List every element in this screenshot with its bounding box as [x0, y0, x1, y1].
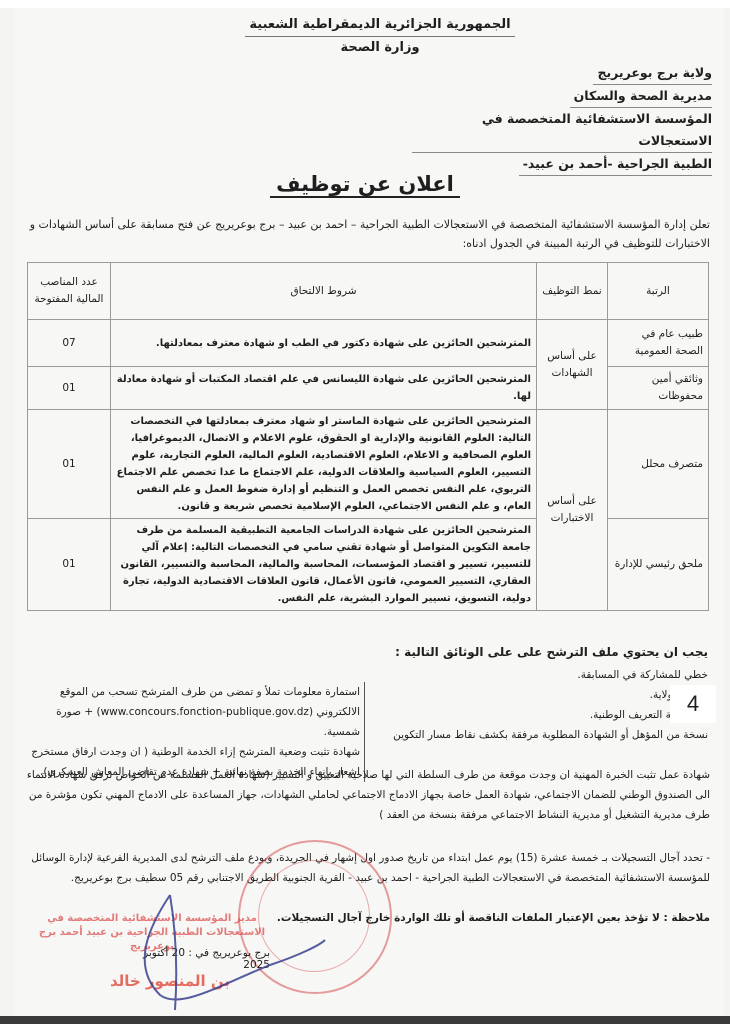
document-item: استمارة معلومات تملأ و تمضى من طرف المتر…	[28, 682, 360, 742]
title-text: اعلان عن توظيف	[270, 172, 460, 198]
rank-cell: متصرف محلل	[608, 410, 709, 519]
document-item: من بطاقة التعريف الوطنية.	[388, 705, 708, 725]
directorate-line: مديرية الصحة والسكان	[570, 85, 712, 108]
conditions-cell: المترشحين الحائزين على شهادة الماستر او …	[111, 410, 537, 519]
header-rank: الرتبة	[608, 263, 709, 320]
positions-table: الرتبة نمط التوظيف شروط الالتحاق عدد الم…	[27, 262, 709, 611]
mode-cell: على أساس الشهادات	[537, 320, 608, 410]
header-mode: نمط التوظيف	[537, 263, 608, 320]
table-header-row: الرتبة نمط التوظيف شروط الالتحاق عدد الم…	[28, 263, 709, 320]
handwritten-signature-icon	[70, 885, 330, 1015]
header-institution: ولاية برج بوعريريج مديرية الصحة والسكان …	[412, 62, 712, 176]
count-cell: 01	[28, 367, 111, 410]
bottom-margin	[0, 1016, 730, 1024]
header-count: عدد المناصب المالية المفتوحة	[28, 263, 111, 320]
mode-cell: على أساس الاختبارات	[537, 410, 608, 611]
document-item: خطي للمشاركة في المسابقة.	[388, 665, 708, 685]
ministry-heading: وزارة الصحة	[190, 37, 570, 59]
conditions-cell: المترشحين الحائزين على شهادة دكتور في ال…	[111, 320, 537, 367]
conditions-cell: المترشحين الحائزين على شهادة الليسانس في…	[111, 367, 537, 410]
count-cell: 07	[28, 320, 111, 367]
table-row: طبيب عام في الصحة العمومية على أساس الشه…	[28, 320, 709, 367]
header-conditions: شروط الالتحاق	[111, 263, 537, 320]
documents-heading: يجب ان يحتوي ملف الترشح على على الوثائق …	[395, 645, 708, 659]
rank-cell: وثائقي أمين محفوظات	[608, 367, 709, 410]
rank-cell: طبيب عام في الصحة العمومية	[608, 320, 709, 367]
wilaya-line: ولاية برج بوعريريج	[593, 62, 712, 85]
document-item: إقامة بالولاية.	[388, 685, 708, 705]
table-row: متصرف محلل على أساس الاختبارات المترشحين…	[28, 410, 709, 519]
republic-heading: الجمهورية الجزائرية الديمقراطية الشعبية	[245, 14, 514, 37]
announcement-title: اعلان عن توظيف	[0, 172, 730, 196]
documents-list-right: خطي للمشاركة في المسابقة. إقامة بالولاية…	[388, 665, 708, 745]
rank-cell: ملحق رئيسي للإدارة	[608, 519, 709, 611]
overlay-number-badge: 4	[670, 685, 716, 723]
intro-paragraph: تعلن إدارة المؤسسة الاستشفائية المتخصصة …	[20, 215, 710, 253]
count-cell: 01	[28, 410, 111, 519]
experience-paragraph: شهادة عمل تثبت الخبرة المهنية ان وجدت مو…	[24, 765, 710, 825]
institution-line-1: المؤسسة الاستشفائية المتخصصة في الاستعجا…	[412, 108, 712, 153]
document-item: نسخة من المؤهل أو الشهادة المطلوبة مرفقة…	[388, 725, 708, 745]
conditions-cell: المترشحين الحائزين على شهادة الدراسات ال…	[111, 519, 537, 611]
top-margin	[0, 0, 730, 8]
header-center: الجمهورية الجزائرية الديمقراطية الشعبية …	[190, 14, 570, 59]
count-cell: 01	[28, 519, 111, 611]
